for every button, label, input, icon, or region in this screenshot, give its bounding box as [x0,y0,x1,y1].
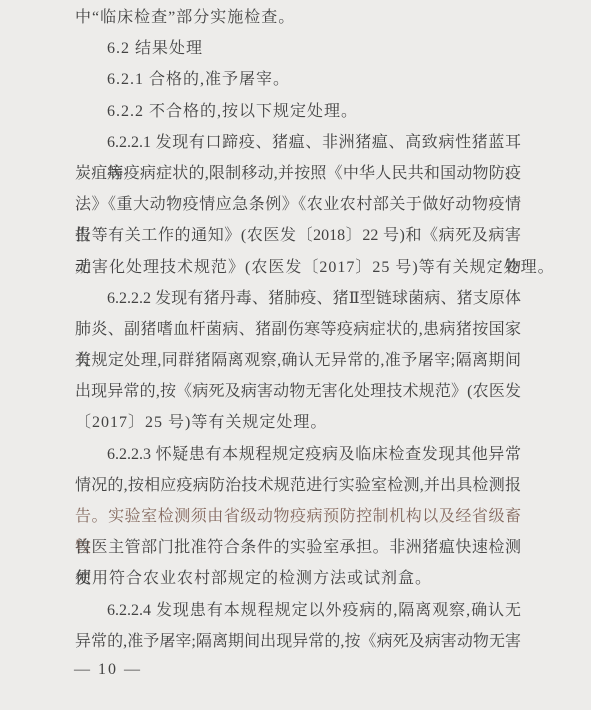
text-line: 6.2.2.1 发现有口蹄疫、猪瘟、非洲猪瘟、高致病性猪蓝耳病、 [75,127,521,158]
text-line: 中“临床检查”部分实施检查。 [75,2,521,33]
text-line: 使用符合农业农村部规定的检测方法或试剂盒。 [75,563,521,594]
text-line: 关规定处理,同群猪隔离观察,确认无异常的,准予屠宰;隔离期间 [75,345,521,376]
section-heading: 6.2 结果处理 [75,33,521,64]
document-page: 中“临床检查”部分实施检查。 6.2 结果处理 6.2.1 合格的,准予屠宰。 … [0,0,591,710]
text-line: 6.2.2.2 发现有猪丹毒、猪肺疫、猪Ⅱ型链球菌病、猪支原体 [75,283,521,314]
text-line: 异常的,准予屠宰;隔离期间出现异常的,按《病死及病害动物无害 [75,626,521,657]
text-line: 兽医主管部门批准符合条件的实验室承担。非洲猪瘟快速检测须 [75,532,521,563]
text-line: 情况的,按相应疫病防治技术规范进行实验室检测,并出具检测报 [75,470,521,501]
text-line: 6.2.2 不合格的,按以下规定处理。 [75,96,521,127]
text-line: 6.2.2.4 发现患有本规程规定以外疫病的,隔离观察,确认无 [75,595,521,626]
page-number: — 10 — [74,658,142,682]
text-line: 〔2017〕25 号)等有关规定处理。 [75,407,521,438]
text-line: 炭疽等疫病症状的,限制移动,并按照《中华人民共和国动物防疫 [75,158,521,189]
text-line: 出现异常的,按《病死及病害动物无害化处理技术规范》(农医发 [75,376,521,407]
document-text-block: 中“临床检查”部分实施检查。 6.2 结果处理 6.2.1 合格的,准予屠宰。 … [75,2,521,657]
text-line: 6.2.2.3 怀疑患有本规程规定疫病及临床检查发现其他异常 [75,439,521,470]
text-line: 告。实验室检测须由省级动物疫病预防控制机构以及经省级畜牧 [75,501,521,532]
text-line: 法》《重大动物疫情应急条例》《农业农村部关于做好动物疫情报 [75,189,521,220]
text-line: 肺炎、副猪嗜血杆菌病、猪副伤寒等疫病症状的,患病猪按国家有 [75,314,521,345]
text-line: 6.2.1 合格的,准予屠宰。 [75,64,521,95]
text-line: 无害化处理技术规范》(农医发〔2017〕25 号)等有关规定处理。 [75,252,521,283]
text-line: 告等有关工作的通知》(农医发〔2018〕22 号)和《病死及病害动物 [75,220,521,251]
